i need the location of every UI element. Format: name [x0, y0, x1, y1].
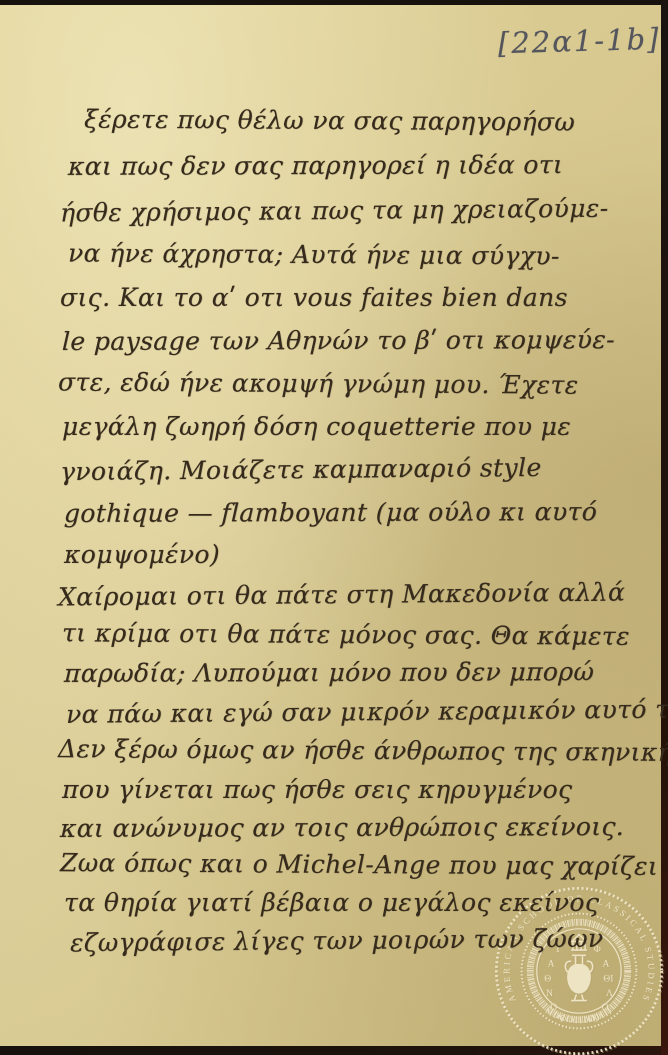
- handwriting-line: σις. Και το αʹ οτι vous faites bien dans: [60, 283, 568, 312]
- handwriting-line: να ήνε άχρηστα; Αυτά ήνε μια σύγχυ-: [68, 238, 560, 270]
- handwriting-line: Δεν ξέρω όμως αν ήσθε άνθρωπος της σκηνι…: [58, 734, 668, 767]
- handwriting-line: να πάω και εγώ σαν μικρόν κεραμικόν αυτό…: [66, 694, 668, 729]
- handwriting-line: εζωγράφισε λίγες των μοιρών των ζώων: [70, 924, 604, 958]
- handwriting-line: τα θηρία γιατί βέβαια ο μεγάλος εκείνος: [64, 888, 599, 917]
- handwriting-line: ήσθε χρήσιμος και πως τα μη χρειαζούμε-: [60, 194, 609, 228]
- handwriting-line: gothique — flamboyant (μα ούλο κι αυτό: [64, 497, 598, 528]
- handwriting-line: γνοιάζη. Μοιάζετε καμπαναριό style: [60, 453, 542, 486]
- handwriting-line: στε, εδώ ήνε ακομψή γνώμη μου. Έχετε: [58, 367, 579, 399]
- scanned-letter-page: AMERICAN SCHOOL OF CLASSICAL STUDIES AT …: [0, 0, 668, 1055]
- handwriting-line: που γίνεται πως ήσθε σεις κηρυγμένος: [62, 775, 572, 804]
- handwriting-line: le paysage των Αθηνών το βʹ οτι κομψεύε-: [62, 325, 616, 356]
- handwriting-line: Ζωα όπως και ο Michel-Ange που μας χαρίζ…: [60, 848, 658, 881]
- handwriting-line: και πως δεν σας παρηγορεί η ιδέα οτι: [68, 150, 564, 181]
- handwriting-line: κομψομένο): [64, 540, 220, 569]
- handwriting-line: τι κρίμα οτι θα πάτε μόνος σας. Θα κάμετ…: [62, 618, 630, 650]
- handwriting-line: μεγάλη ζωηρή δόση coquetterie που με: [62, 412, 571, 441]
- handwriting-line: Χαίρομαι οτι θα πάτε στη Μακεδονία αλλά: [58, 578, 625, 612]
- handwriting-line: ξέρετε πως θέλω να σας παρηγορήσω: [84, 105, 575, 137]
- catalog-annotation: [22α1-1b]: [498, 22, 661, 61]
- handwriting-block: ξέρετε πως θέλω να σας παρηγορήσω και πω…: [0, 0, 668, 1055]
- handwriting-line: παρωδία; Λυπούμαι μόνο που δεν μπορώ: [64, 657, 595, 688]
- handwriting-line: και ανώνυμος αν τοις ανθρώποις εκείνοις.: [60, 812, 625, 843]
